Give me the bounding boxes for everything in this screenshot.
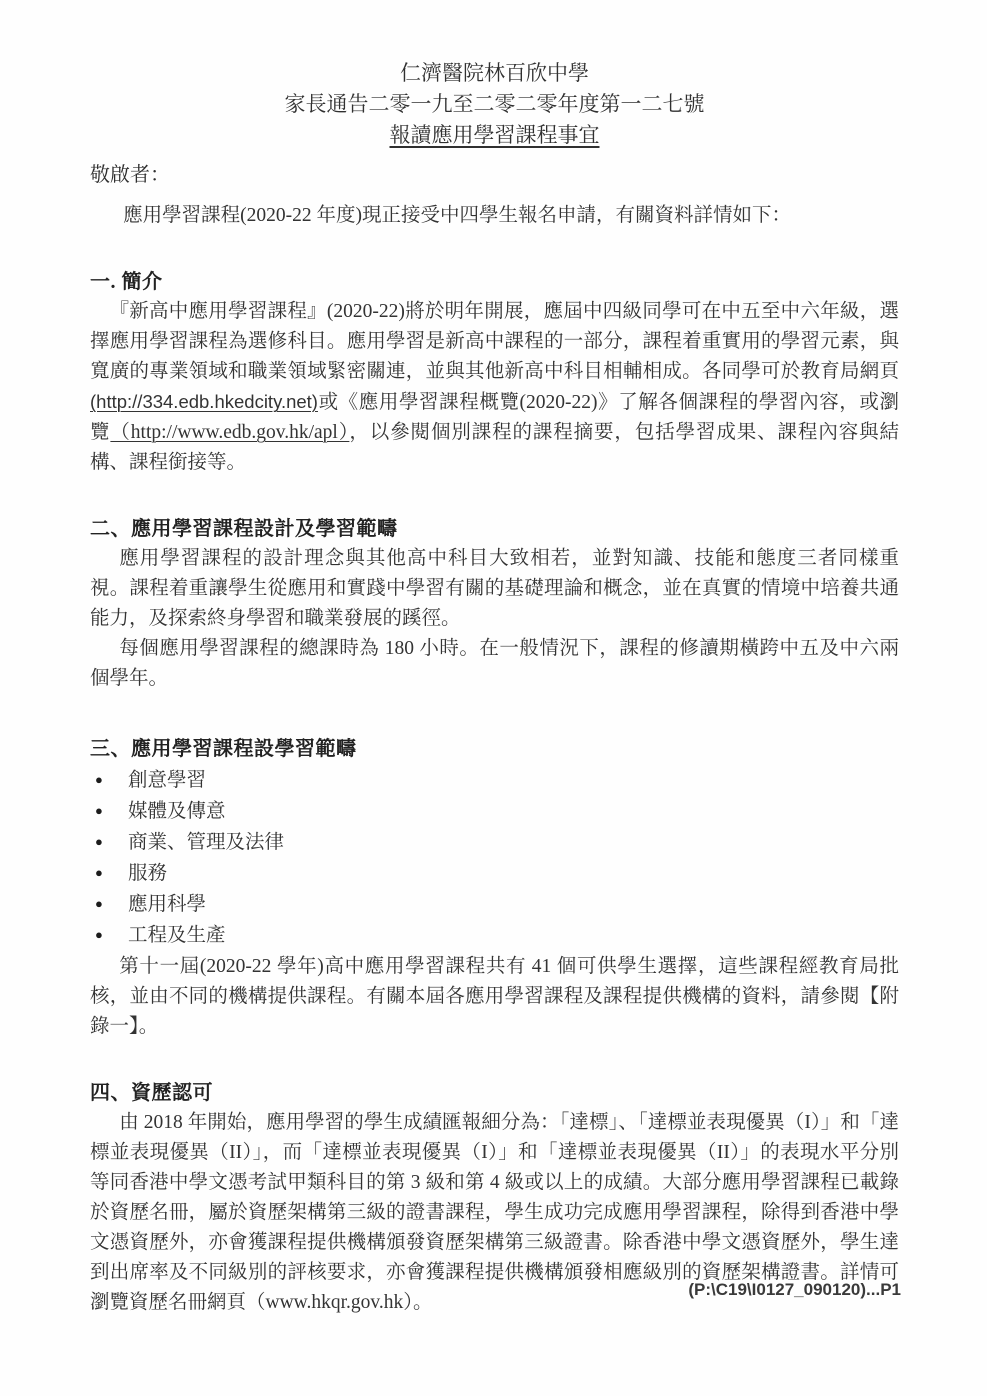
section-2-design: 二、應用學習課程設計及學習範疇 應用學習課程的設計理念與其他高中科目大致相若，並…: [90, 514, 899, 694]
notice-number: 家長通告二零一九至二零二零年度第一二七號: [90, 89, 899, 120]
intro-paragraph: 應用學習課程(2020-22 年度)現正接受中四學生報名申請，有關資料詳情如下：: [90, 201, 899, 231]
bullet-label: 媒體及傳意: [128, 797, 226, 827]
domain-bullet-list: ●創意學習 ●媒體及傳意 ●商業、管理及法律 ●服務 ●應用科學 ●工程及生產: [90, 766, 899, 952]
section-1-heading: 一. 簡介: [90, 267, 899, 297]
bullet-icon: ●: [90, 920, 128, 950]
section-2-heading: 二、應用學習課程設計及學習範疇: [90, 514, 899, 544]
section-2-paragraph-1: 應用學習課程的設計理念與其他高中科目大致相若，並對知識、技能和態度三者同樣重視。…: [90, 544, 899, 634]
notice-header: 仁濟醫院林百欣中學 家長通告二零一九至二零二零年度第一二七號 報讀應用學習課程事…: [90, 58, 899, 151]
school-name: 仁濟醫院林百欣中學: [90, 58, 899, 89]
list-item: ●商業、管理及法律: [90, 828, 899, 859]
bullet-label: 應用科學: [128, 890, 206, 920]
section-3-heading: 三、應用學習課程設學習範疇: [90, 734, 899, 764]
edb-apl-link: （http://www.edb.gov.hk/apl）: [110, 422, 349, 443]
list-item: ●應用科學: [90, 890, 899, 921]
section-1-text-1: 『新高中應用學習課程』(2020-22)將於明年開展，應屆中四級同學可在中五至中…: [90, 301, 899, 382]
bullet-icon: ●: [90, 827, 128, 857]
notice-subject: 報讀應用學習課程事宜: [390, 120, 600, 151]
section-3-paragraph: 第十一屆(2020-22 學年)高中應用學習課程共有 41 個可供學生選擇，這些…: [90, 952, 899, 1042]
list-item: ●工程及生產: [90, 921, 899, 952]
bullet-label: 創意學習: [128, 766, 206, 796]
section-2-paragraph-2: 每個應用學習課程的總課時為 180 小時。在一般情況下，課程的修讀期橫跨中五及中…: [90, 634, 899, 694]
section-1-intro: 一. 簡介 『新高中應用學習課程』(2020-22)將於明年開展，應屆中四級同學…: [90, 267, 899, 478]
bullet-icon: ●: [90, 765, 128, 795]
bullet-label: 工程及生產: [128, 921, 226, 951]
list-item: ●服務: [90, 859, 899, 890]
bullet-icon: ●: [90, 889, 128, 919]
edb-hkedcity-link: (http://334.edb.hkedcity.net): [90, 391, 318, 412]
list-item: ●創意學習: [90, 766, 899, 797]
bullet-icon: ●: [90, 858, 128, 888]
bullet-label: 服務: [128, 859, 167, 889]
section-4-heading: 四、資歷認可: [90, 1078, 899, 1108]
section-3-domains: 三、應用學習課程設學習範疇 ●創意學習 ●媒體及傳意 ●商業、管理及法律 ●服務…: [90, 734, 899, 1042]
list-item: ●媒體及傳意: [90, 797, 899, 828]
section-1-paragraph: 『新高中應用學習課程』(2020-22)將於明年開展，應屆中四級同學可在中五至中…: [90, 297, 899, 478]
bullet-icon: ●: [90, 796, 128, 826]
document-page: 仁濟醫院林百欣中學 家長通告二零一九至二零二零年度第一二七號 報讀應用學習課程事…: [0, 0, 987, 1396]
bullet-label: 商業、管理及法律: [128, 828, 284, 858]
page-footer-reference: (P:\C19\I0127_090120)...P1: [688, 1280, 901, 1300]
salutation: 敬啟者：: [90, 161, 899, 189]
